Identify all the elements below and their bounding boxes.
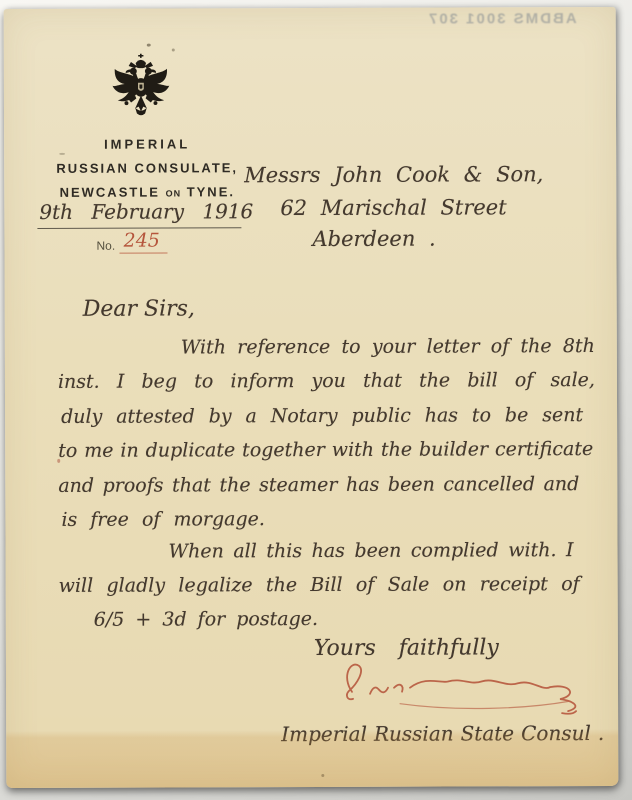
body-line: duly attested by a Notary public has to … [61,404,583,428]
reference-number-value: 245 [120,229,168,253]
letterhead-city-pre: NEWCASTLE [60,185,160,200]
letterhead-line-consulate: RUSSIAN CONSULATE, [52,160,242,176]
letterhead: IMPERIAL RUSSIAN CONSULATE, NEWCASTLE ON… [52,136,242,200]
signature-scrawl [336,655,594,720]
paper-fold-band [6,729,618,788]
paper-speck [59,153,65,155]
reference-number-row: No. 245 [96,232,167,254]
letterhead-line-imperial: IMPERIAL [52,136,242,152]
letterhead-line-city: NEWCASTLE ON TYNE. [52,184,242,200]
recipient-name: Messrs John Cook & Son, [244,162,543,187]
letterhead-city-on: ON [166,188,182,198]
body-line: will gladly legalize the Bill of Sale on… [59,573,580,597]
body-line: With reference to your letter of the 8th [181,335,595,358]
recipient-city: Aberdeen . [312,227,435,251]
body-line: inst. I beg to inform you that the bill … [58,369,595,393]
body-line: to me in duplicate together with the bui… [58,438,593,462]
paper-speck [172,48,175,51]
body-line: 6/5 + 3d for postage. [94,608,318,631]
body-line: When all this has been complied with. I [168,539,573,562]
letter-paper: ABDMS 3001 307 [4,7,619,788]
number-label: No. [96,239,115,253]
letterhead-city-post: TYNE. [187,184,235,199]
paper-speck [147,44,151,47]
paper-speck [57,459,60,463]
paper-speck [321,774,324,777]
imperial-eagle-crest [112,52,170,124]
body-line: is free of morgage. [61,508,265,531]
salutation: Dear Sirs, [83,296,195,321]
body-line: and proofs that the steamer has been can… [58,473,579,497]
handwritten-date: 9th February 1916 [39,199,241,224]
archive-accession-mark-mirrored: ABDMS 3001 307 [392,10,577,28]
scanned-letter-page: ABDMS 3001 307 [0,0,632,800]
recipient-street: 62 Marischal Street [280,195,506,220]
